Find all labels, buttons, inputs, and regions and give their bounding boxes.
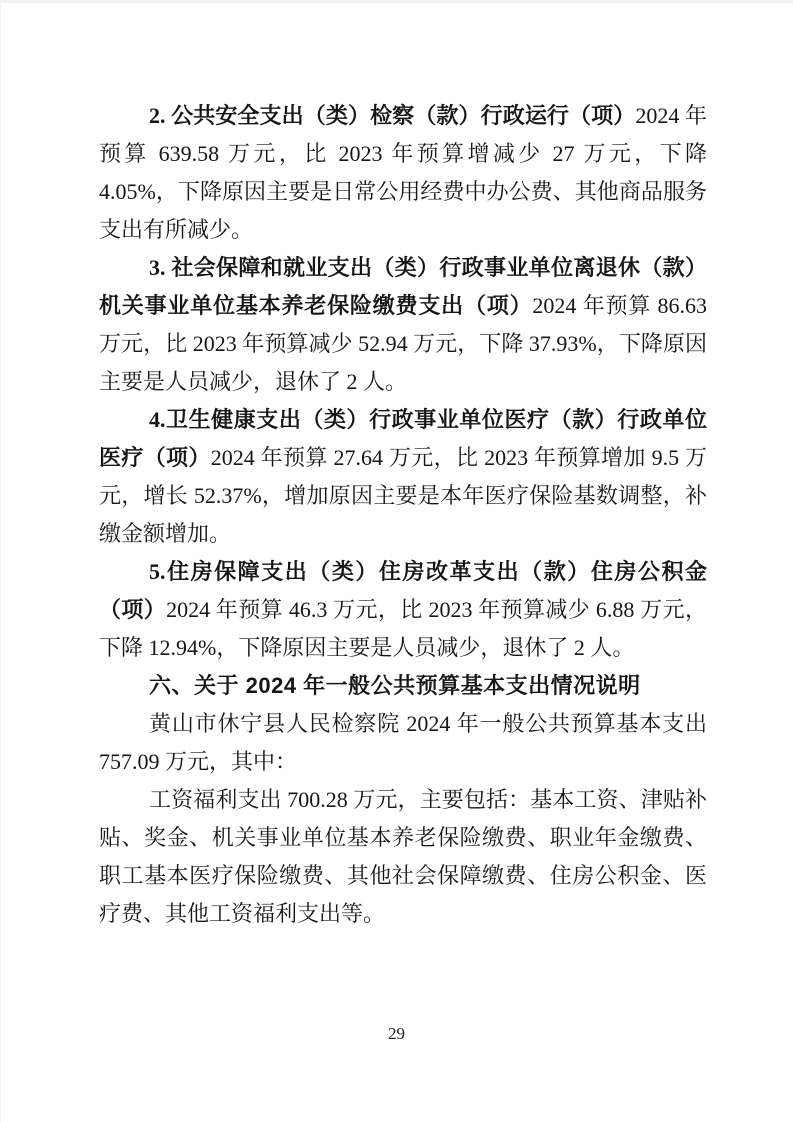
paragraph-text: 2024 年预算 46.3 万元，比 2023 年预算减少 6.88 万元，下降… <box>99 597 707 660</box>
page-left-edge <box>0 0 1 1122</box>
budget-item-paragraph-2: 2. 公共安全支出（类）检察（款）行政运行（项）2024 年预算 639.58 … <box>99 97 707 249</box>
document-page: 2. 公共安全支出（类）检察（款）行政运行（项）2024 年预算 639.58 … <box>0 0 793 1122</box>
budget-item-paragraph-3: 3. 社会保障和就业支出（类）行政事业单位离退休（款）机关事业单位基本养老保险缴… <box>99 249 707 401</box>
salary-welfare-paragraph: 工资福利支出 700.28 万元，主要包括：基本工资、津贴补贴、奖金、机关事业单… <box>99 781 707 933</box>
page-top-edge <box>0 0 793 3</box>
document-body: 2. 公共安全支出（类）检察（款）行政运行（项）2024 年预算 639.58 … <box>99 97 707 933</box>
basic-expenditure-summary-paragraph: 黄山市休宁县人民检察院 2024 年一般公共预算基本支出 757.09 万元，其… <box>99 705 707 781</box>
budget-item-paragraph-4: 4.卫生健康支出（类）行政事业单位医疗（款）行政单位医疗（项）2024 年预算 … <box>99 401 707 553</box>
budget-item-paragraph-5: 5.住房保障支出（类）住房改革支出（款）住房公积金（项）2024 年预算 46.… <box>99 553 707 667</box>
page-number: 29 <box>0 1024 793 1044</box>
paragraph-bold-lead: 2. 公共安全支出（类）检察（款）行政运行（项） <box>149 103 635 128</box>
section-heading: 六、关于 2024 年一般公共预算基本支出情况说明 <box>99 667 707 705</box>
